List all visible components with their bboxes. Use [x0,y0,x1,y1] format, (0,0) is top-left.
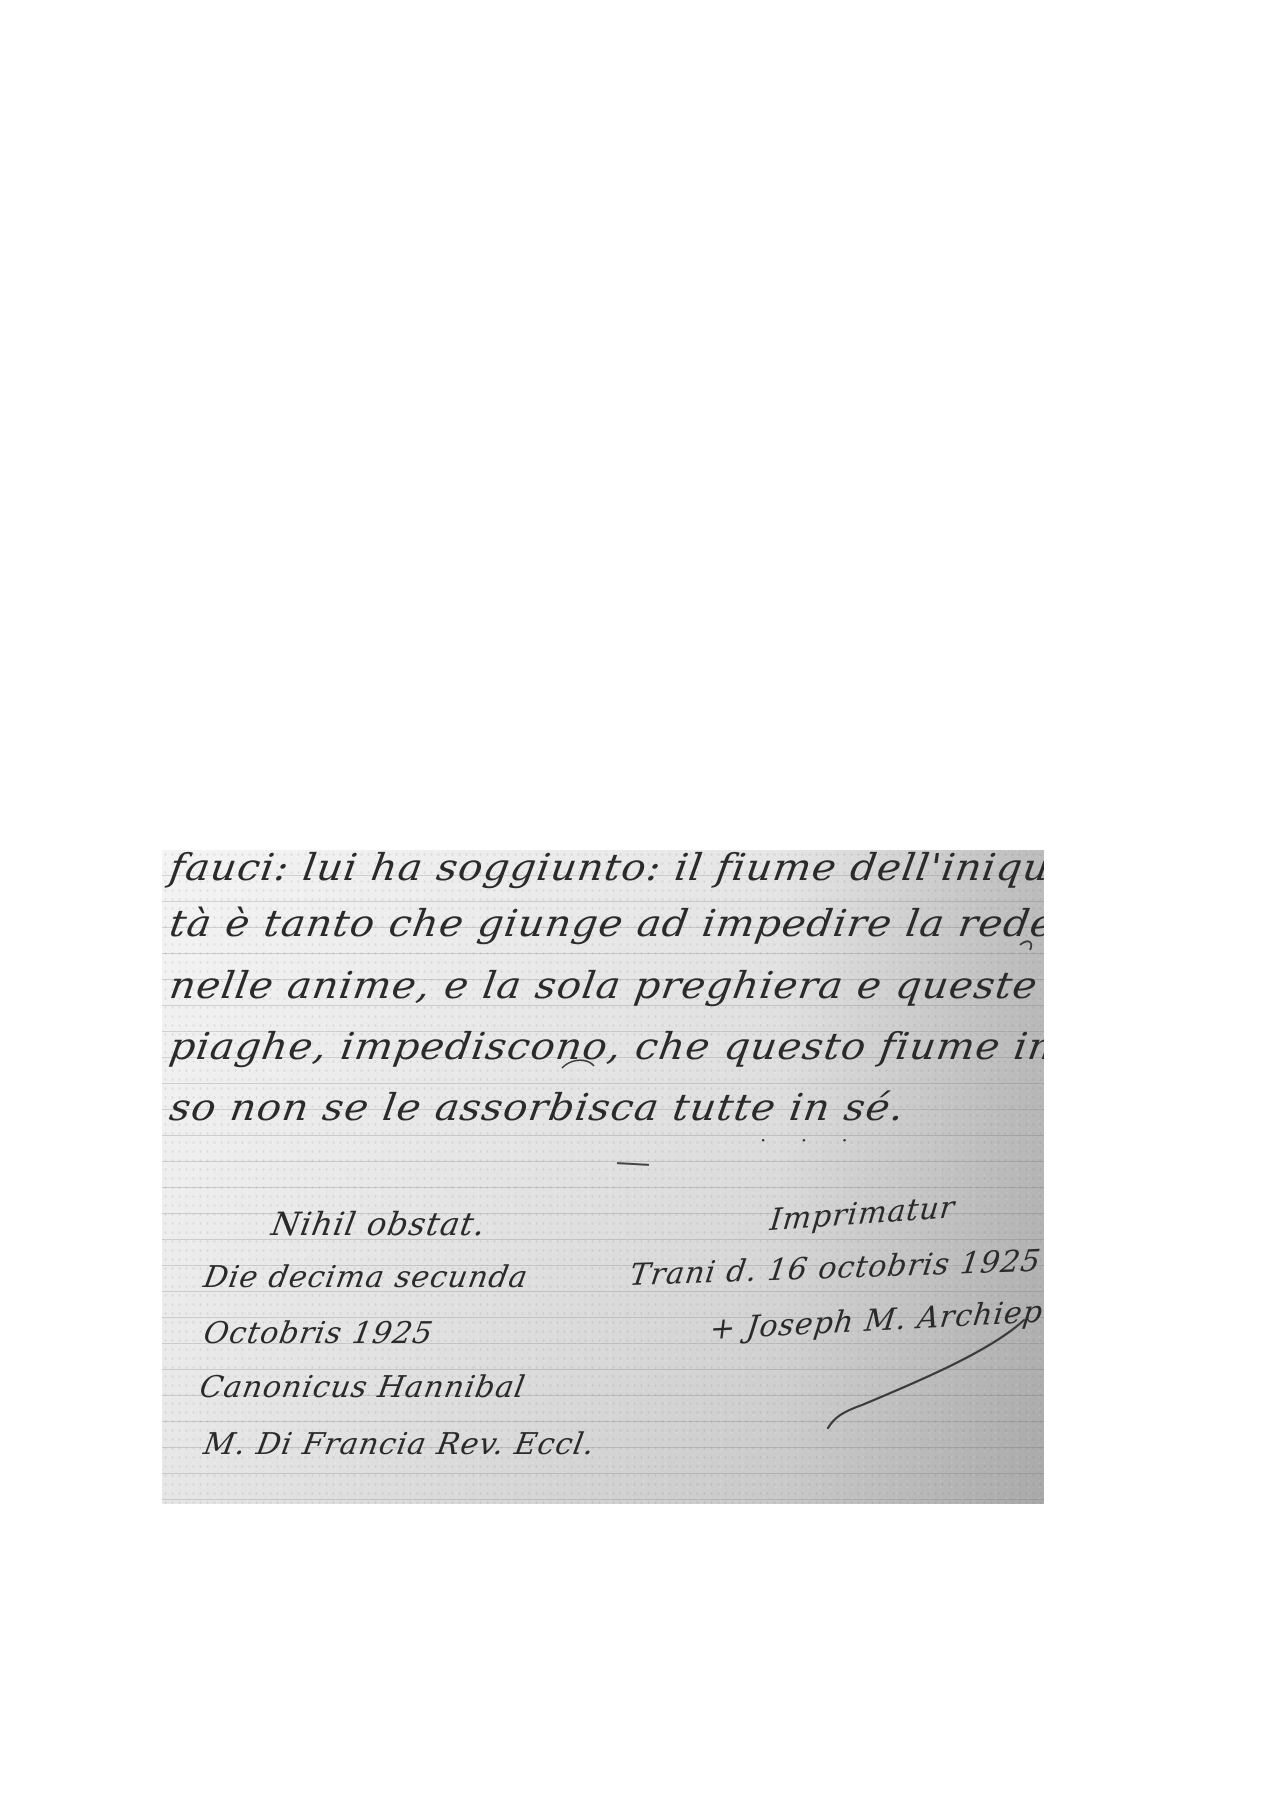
manuscript-line-2: tà è tanto che giunge ad impedire la red… [167,902,1044,945]
manuscript-line-1: fauci: lui ha soggiunto: il fiume dell'i… [167,850,1044,889]
manuscript-photo: fauci: lui ha soggiunto: il fiume dell'i… [162,850,1044,1504]
nihil-obstat-date-line-2: Octobris 1925 [201,1316,436,1351]
document-page: fauci: lui ha soggiunto: il fiume dell'i… [0,0,1275,1815]
nihil-obstat-date-line-1: Die decima secunda [201,1260,531,1295]
manuscript-line-5: so non se le assorbisca tutte in sé. [167,1086,908,1129]
ink-dots: · · · [760,1128,862,1152]
manuscript-line-3: nelle anime, e la sola preghiera e quest… [167,964,1044,1007]
manuscript-line-4: piaghe, impediscono, che questo fiume im… [167,1025,1044,1068]
nihil-obstat-signatory-1: Canonicus Hannibal [197,1370,528,1405]
nihil-obstat-heading: Nihil obstat. [269,1205,489,1243]
nihil-obstat-signatory-2: M. Di Francia Rev. Eccl. [201,1427,598,1462]
paper-grain [162,850,1044,1504]
